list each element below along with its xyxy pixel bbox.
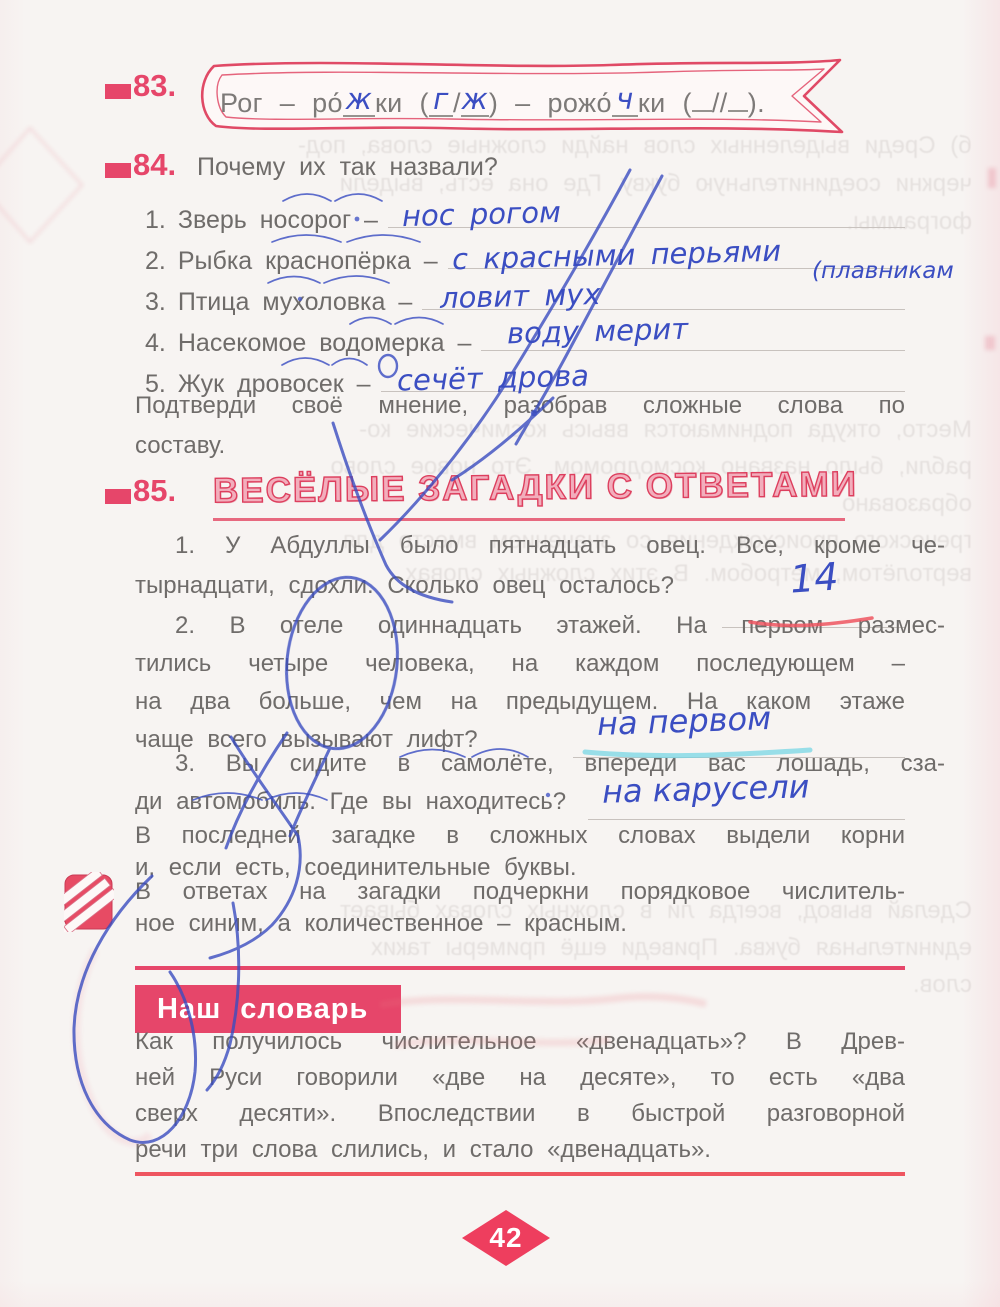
vocab-banner: Наш словарь xyxy=(135,985,401,1033)
handwritten-letter: ж xyxy=(346,82,373,116)
exercise-84-note-line: Подтверди своё мнение, разобрав сложные … xyxy=(135,391,905,421)
page-number: 42 xyxy=(489,1222,522,1254)
exercise-marker-square xyxy=(105,84,131,99)
answer-blank: ж xyxy=(343,85,375,117)
item-label: Насекомое водомерка – xyxy=(178,329,472,358)
handwritten-answer: нос рогом xyxy=(402,195,562,233)
exercise-85-note-line: В ответах на загадки подчеркни порядково… xyxy=(135,877,905,907)
list-item: 1. Зверь носорог – нос рогом xyxy=(145,193,905,229)
riddle-2-line: на два больше, чем на предыдущем. На как… xyxy=(135,687,905,717)
exercise-marker-square xyxy=(105,489,131,504)
riddle-3-line: ди автомобиль. Где вы находитесь? xyxy=(135,787,566,817)
workbook-page: б) Среди выделенных слов найди сложные с… xyxy=(0,0,1000,1307)
list-item: 4. Насекомое водомерка – воду мерит xyxy=(145,316,905,352)
answer-line: воду мерит xyxy=(481,316,905,351)
handwritten-letter: ч xyxy=(616,82,634,116)
answer-line: сечёт дрова xyxy=(381,357,905,392)
answer-line: ловит мух xyxy=(422,275,905,310)
riddle-3-line: 3. Вы сидите в самолёте, впереди вас лош… xyxy=(135,749,945,779)
handwritten-letter: г xyxy=(433,82,449,116)
title-underline xyxy=(213,518,845,521)
printed-fragment: ки ( xyxy=(638,88,692,118)
exercise-85-number: 85. xyxy=(133,473,176,509)
item-label: Зверь носорог – xyxy=(178,206,378,235)
printed-fragment: ). xyxy=(748,88,765,118)
handwritten-answer: воду мерит xyxy=(507,312,689,351)
answer-blank xyxy=(728,80,748,112)
item-number: 4. xyxy=(145,329,166,358)
handwritten-letter: ж xyxy=(462,82,489,116)
riddle-2-line: тились четыре человека, на каждом послед… xyxy=(135,649,905,679)
exercise-84-title: Почему их так назвали? xyxy=(197,152,498,182)
vocab-line: ней Руси говорили «две на десяте», то ес… xyxy=(135,1063,905,1093)
answer-blank: ч xyxy=(612,85,638,117)
exercise-85-note-line: В последней загадке в сложных словах выд… xyxy=(135,821,905,851)
exercise-83-ribbon: Рог – ро́жки (г/ж) – рожо́чки (//). xyxy=(190,54,854,140)
handwritten-answer-na-pervom: на первом xyxy=(596,699,771,743)
separator-line-bottom xyxy=(135,1172,905,1176)
answer-blank: г xyxy=(429,85,453,117)
vocab-line: Как получилось числительное «двенадцать»… xyxy=(135,1027,905,1057)
handwritten-answer: ловит мух xyxy=(440,277,601,315)
riddle-2-line: 2. В отеле одиннадцать этажей. На первом… xyxy=(135,611,945,641)
item-number: 3. xyxy=(145,288,166,317)
vocab-line: сверх десяти». Впоследствии в быстрой ра… xyxy=(135,1099,905,1129)
printed-fragment: / xyxy=(453,88,461,118)
vocab-line: речи три слова слились, и стало «двенадц… xyxy=(135,1135,711,1165)
handwritten-answer: с красными перьями xyxy=(451,234,781,277)
exercise-84-number: 84. xyxy=(133,147,176,183)
handwritten-answer-14: 14 xyxy=(789,554,840,601)
answer-blank: ж xyxy=(461,85,489,117)
exercise-83-number: 83. xyxy=(133,68,176,104)
exercise-85-note-line: ное синим, а количественное – красным. xyxy=(135,909,627,939)
pencils-icon xyxy=(64,872,114,932)
list-item: 5. Жук дровосек – сечёт дрова xyxy=(145,357,905,393)
printed-fragment: // xyxy=(712,88,728,118)
separator-line-top xyxy=(135,966,905,970)
printed-fragment: Рог – ро́ xyxy=(220,88,343,118)
answer-line xyxy=(588,818,905,820)
item-label: Рыбка краснопёрка – xyxy=(178,247,438,276)
answer-blank xyxy=(692,80,712,112)
printed-fragment: ) – рожо́ xyxy=(489,88,612,118)
page-number-diamond: 42 xyxy=(462,1210,550,1266)
list-item: 2. Рыбка краснопёрка – с красными перьям… xyxy=(145,234,905,270)
exercise-marker-square xyxy=(105,163,131,178)
exercise-83-line: Рог – ро́жки (г/ж) – рожо́чки (//). xyxy=(220,80,765,119)
item-label: Птица мухоловка – xyxy=(178,288,412,317)
list-item: 3. Птица мухоловка – ловит мух xyxy=(145,275,905,311)
item-number: 1. xyxy=(145,206,166,235)
riddle-1-line: тырнадцати, сдохли. Сколько овец осталос… xyxy=(135,571,674,601)
handwritten-answer-na-karuseli: на карусели xyxy=(602,767,810,810)
answer-line: нос рогом xyxy=(388,193,905,228)
printed-fragment: ки ( xyxy=(375,88,429,118)
exercise-85-title: ВЕСЁЛЫЕ ЗАГАДКИ С ОТВЕТАМИ xyxy=(213,465,858,512)
item-number: 2. xyxy=(145,247,166,276)
exercise-84-note-line: составу. xyxy=(135,431,225,461)
